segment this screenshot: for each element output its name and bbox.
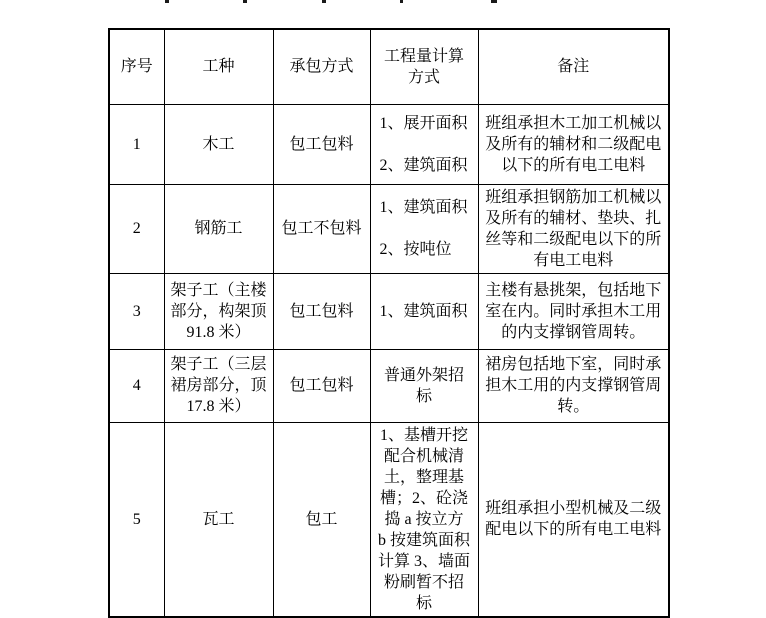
cell-remarks: 班组承担木工加工机械以 及所有的辅材和二级配电 以下的所有电工电料 [478,104,669,184]
cell-contract-method: 包工包料 [273,273,370,349]
header-cell-remarks: 备注 [478,29,669,104]
header-cell-work-type: 工种 [164,29,273,104]
cell-work-type: 钢筋工 [164,184,273,273]
cell-index: 2 [109,184,164,273]
cell-work-type: 木工 [164,104,273,184]
clipped-text-remnant [400,0,403,3]
cell-quantity-method: 1、建筑面积 2、按吨位 [370,184,478,273]
cell-index: 1 [109,104,164,184]
cell-contract-method: 包工包料 [273,104,370,184]
clipped-text-remnant [322,0,326,3]
cell-quantity-method: 1、基槽开挖 配合机械清 土，整理基 槽；2、砼浇 捣 a 按立方 b 按建筑面… [370,422,478,617]
cell-index: 3 [109,273,164,349]
clipped-text-remnant [165,0,169,3]
cell-contract-method: 包工包料 [273,349,370,422]
cell-quantity-method: 普通外架招 标 [370,349,478,422]
header-cell-quantity-method: 工程量计算 方式 [370,29,478,104]
cell-work-type: 瓦工 [164,422,273,617]
cell-contract-method: 包工 [273,422,370,617]
cell-remarks: 班组承担钢筋加工机械以 及所有的辅材、垫块、扎 丝等和二级配电以下的所 有电工电… [478,184,669,273]
cell-index: 5 [109,422,164,617]
cell-index: 4 [109,349,164,422]
cell-work-type: 架子工（三层 裙房部分，顶 17.8 米） [164,349,273,422]
cell-work-type: 架子工（主楼 部分，构架顶 91.8 米） [164,273,273,349]
table-header-row: 序号 工种 承包方式 工程量计算 方式 备注 [109,29,669,104]
table-row: 5 瓦工 包工 1、基槽开挖 配合机械清 土，整理基 槽；2、砼浇 捣 a 按立… [109,422,669,617]
table-row: 3 架子工（主楼 部分，构架顶 91.8 米） 包工包料 1、建筑面积 主楼有悬… [109,273,669,349]
cell-remarks: 班组承担小型机械及二级 配电以下的所有电工电料 [478,422,669,617]
cell-quantity-method: 1、展开面积 2、建筑面积 [370,104,478,184]
table-row: 2 钢筋工 包工不包料 1、建筑面积 2、按吨位 班组承担钢筋加工机械以 及所有… [109,184,669,273]
table-row: 4 架子工（三层 裙房部分，顶 17.8 米） 包工包料 普通外架招 标 裙房包… [109,349,669,422]
table-row: 1 木工 包工包料 1、展开面积 2、建筑面积 班组承担木工加工机械以 及所有的… [109,104,669,184]
clipped-text-remnant [491,0,497,3]
cell-contract-method: 包工不包料 [273,184,370,273]
clipped-text-remnant [243,0,247,3]
header-cell-contract-method: 承包方式 [273,29,370,104]
header-cell-index: 序号 [109,29,164,104]
cell-quantity-method: 1、建筑面积 [370,273,478,349]
cell-remarks: 裙房包括地下室，同时承 担木工用的内支撑钢管周 转。 [478,349,669,422]
labor-subcontract-table: 序号 工种 承包方式 工程量计算 方式 备注 1 木工 包工包料 1、展开面积 … [108,28,670,618]
cell-remarks: 主楼有悬挑架，包括地下 室在内。同时承担木工用 的内支撑钢管周转。 [478,273,669,349]
